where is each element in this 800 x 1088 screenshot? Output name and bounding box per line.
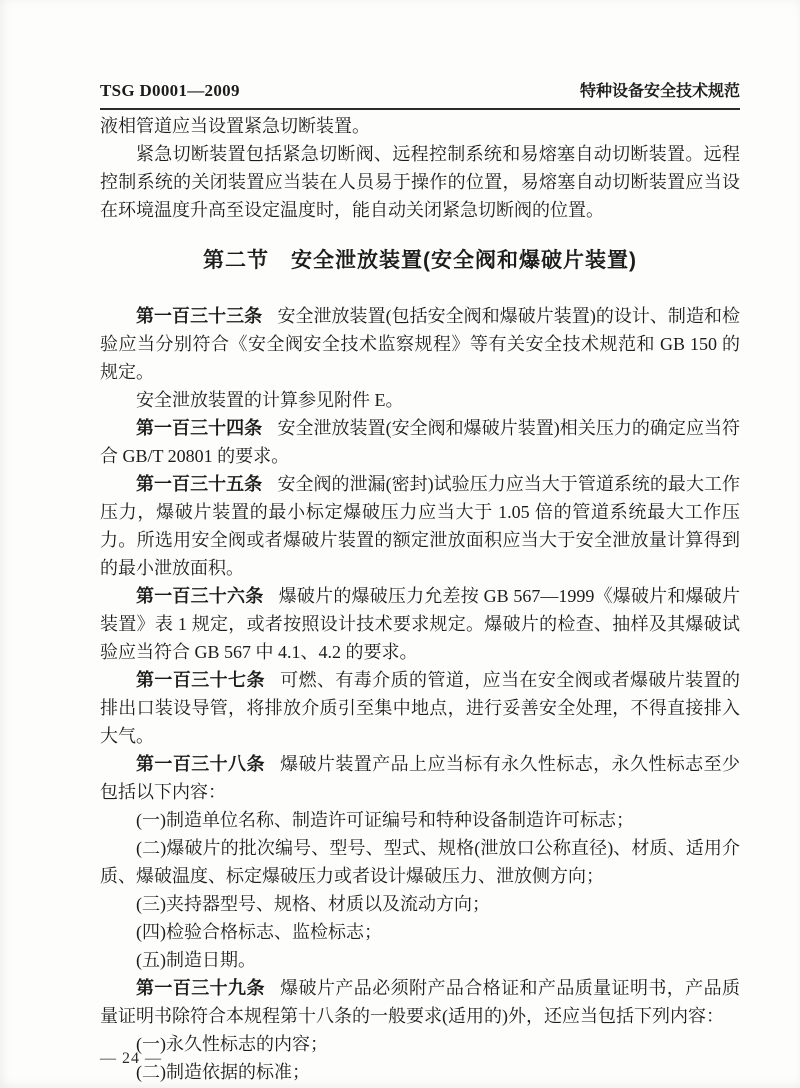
page-number: — 24 — bbox=[100, 1050, 162, 1068]
article-133-note: 安全泄放装置的计算参见附件 E。 bbox=[100, 386, 740, 414]
article-134-number: 第一百三十四条 bbox=[136, 418, 262, 438]
page-header: TSG D0001—2009 特种设备安全技术规范 bbox=[100, 78, 740, 110]
article-138-number: 第一百三十八条 bbox=[136, 754, 265, 774]
list-item: (四)检验合格标志、监检标志； bbox=[100, 918, 740, 946]
list-item: (一)制造单位名称、制造许可证编号和特种设备制造许可标志； bbox=[100, 806, 740, 834]
page-content: 液相管道应当设置紧急切断装置。 紧急切断装置包括紧急切断阀、远程控制系统和易熔塞… bbox=[100, 112, 740, 1086]
intro-paragraph-continuation: 液相管道应当设置紧急切断装置。 bbox=[100, 112, 740, 140]
list-item: (一)永久性标志的内容； bbox=[100, 1030, 740, 1058]
list-item: (五)制造日期。 bbox=[100, 946, 740, 974]
article-139: 第一百三十九条爆破片产品必须附产品合格证和产品质量证明书，产品质量证明书除符合本… bbox=[100, 974, 740, 1030]
article-138: 第一百三十八条爆破片装置产品上应当标有永久性标志，永久性标志至少包括以下内容： bbox=[100, 750, 740, 806]
article-137-number: 第一百三十七条 bbox=[136, 670, 265, 690]
section-title: 第二节 安全泄放装置(安全阀和爆破片装置) bbox=[100, 246, 740, 276]
article-139-number: 第一百三十九条 bbox=[136, 978, 265, 998]
article-135: 第一百三十五条安全阀的泄漏(密封)试验压力应当大于管道系统的最大工作压力，爆破片… bbox=[100, 470, 740, 582]
intro-paragraph: 紧急切断装置包括紧急切断阀、远程控制系统和易熔塞自动切断装置。远程控制系统的关闭… bbox=[100, 140, 740, 224]
list-item: (二)制造依据的标准； bbox=[100, 1058, 740, 1086]
doc-code: TSG D0001—2009 bbox=[100, 81, 240, 101]
article-133-number: 第一百三十三条 bbox=[136, 306, 262, 326]
article-137: 第一百三十七条可燃、有毒介质的管道，应当在安全阀或者爆破片装置的排出口装设导管，… bbox=[100, 666, 740, 750]
article-136: 第一百三十六条爆破片的爆破压力允差按 GB 567—1999《爆破片和爆破片装置… bbox=[100, 582, 740, 666]
article-135-number: 第一百三十五条 bbox=[136, 474, 262, 494]
document-page: TSG D0001—2009 特种设备安全技术规范 液相管道应当设置紧急切断装置… bbox=[0, 0, 800, 1088]
list-item: (三)夹持器型号、规格、材质以及流动方向； bbox=[100, 890, 740, 918]
list-item: (二)爆破片的批次编号、型号、型式、规格(泄放口公称直径)、材质、适用介质、爆破… bbox=[100, 834, 740, 890]
doc-title: 特种设备安全技术规范 bbox=[580, 78, 740, 101]
article-134: 第一百三十四条安全泄放装置(安全阀和爆破片装置)相关压力的确定应当符合 GB/T… bbox=[100, 414, 740, 470]
article-136-number: 第一百三十六条 bbox=[136, 586, 263, 606]
article-133: 第一百三十三条安全泄放装置(包括安全阀和爆破片装置)的设计、制造和检验应当分别符… bbox=[100, 302, 740, 386]
